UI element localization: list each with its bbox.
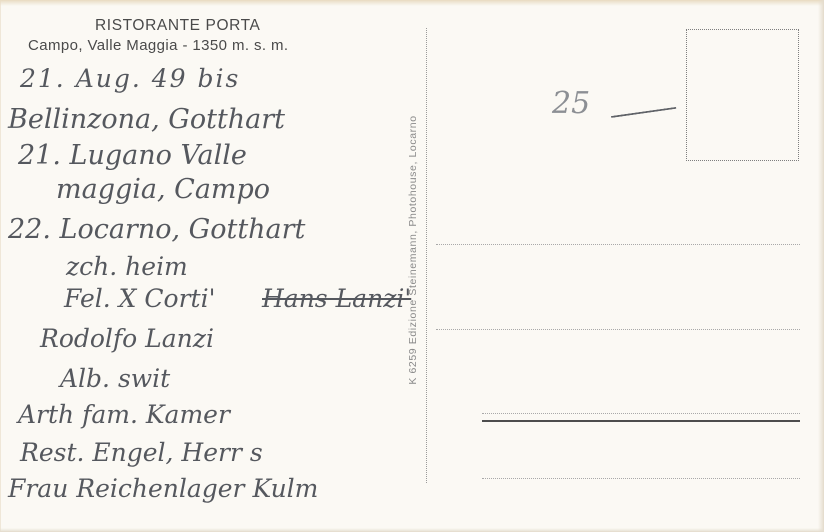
address-line <box>436 329 800 330</box>
handwritten-line: Alb. swit <box>60 364 170 393</box>
stamp-box <box>686 29 799 161</box>
handwritten-line: maggia, Campo <box>56 174 270 205</box>
restaurant-location: Campo, Valle Maggia - 1350 m. s. m. <box>28 37 289 54</box>
handwritten-line: Bellinzona, Gotthart <box>8 104 285 135</box>
center-divider <box>426 28 427 483</box>
handwritten-line: Arth fam. Kamer <box>18 400 230 429</box>
address-underline-solid <box>482 420 800 422</box>
handwritten-line-crossed-out: Hans Lanzi' <box>262 284 411 313</box>
address-line <box>436 244 800 245</box>
handwritten-line: Rodolfo Lanzi <box>40 324 214 353</box>
handwritten-line-date: 21. Aug. 49 bis <box>20 64 240 93</box>
postcard-back: RISTORANTE PORTA Campo, Valle Maggia - 1… <box>0 0 824 532</box>
paper-edge-top <box>0 0 824 6</box>
price-dash <box>611 107 677 118</box>
handwritten-line: Rest. Engel, Herr s <box>20 438 263 467</box>
handwritten-line: Fel. X Corti' <box>64 284 215 313</box>
handwritten-line: 21. Lugano Valle <box>18 140 247 171</box>
handwritten-line: zch. heim <box>66 252 188 281</box>
handwritten-line: 22. Locarno, Gotthart <box>8 214 305 245</box>
paper-edge-right <box>818 0 824 532</box>
paper-edge-bottom <box>0 528 824 532</box>
publisher-imprint: K 6259 Edizione Steinemann, Photohouse, … <box>407 115 419 384</box>
restaurant-name: RISTORANTE PORTA <box>95 17 261 35</box>
address-line <box>482 413 800 414</box>
handwritten-line: Frau Reichenlager Kulm <box>8 474 318 503</box>
address-line <box>482 478 800 479</box>
price-note: 25 <box>552 86 590 121</box>
